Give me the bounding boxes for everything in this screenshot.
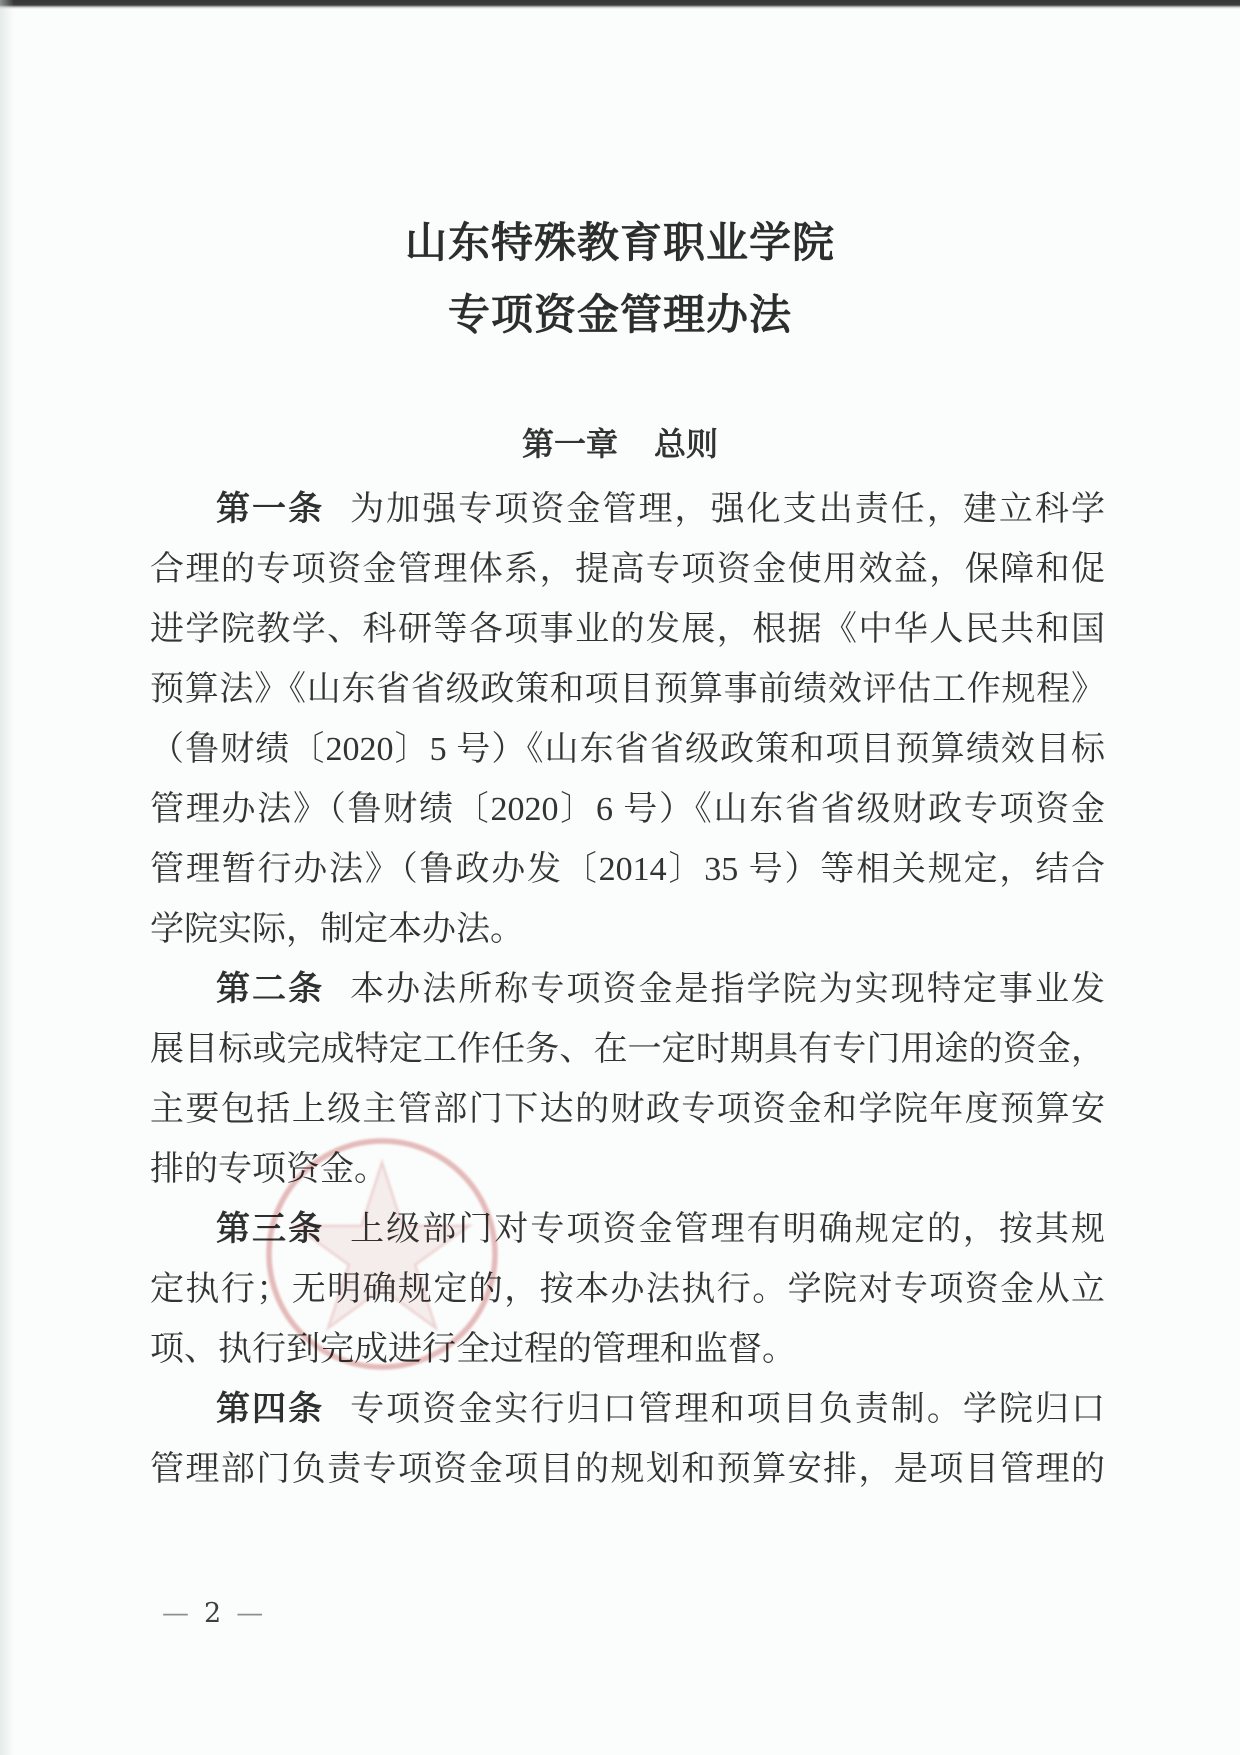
document-title: 山东特殊教育职业学院 专项资金管理办法 (0, 208, 1240, 352)
article-label: 第二条 (216, 971, 324, 1008)
title-line-1: 山东特殊教育职业学院 (0, 208, 1240, 280)
article-label: 第四条 (216, 1391, 324, 1428)
body-line: 第一条为加强专项资金管理，强化支出责任，建立科学 (150, 480, 1105, 540)
body-line: 合理的专项资金管理体系，提高专项资金使用效益，保障和促 (150, 540, 1105, 600)
body-line: 第二条本办法所称专项资金是指学院为实现特定事业发 (150, 960, 1105, 1020)
article-label: 第一条 (216, 491, 324, 528)
body-line-text: 上级部门对专项资金管理有明确规定的，按其规 (350, 1211, 1105, 1248)
document-body: 第一条为加强专项资金管理，强化支出责任，建立科学 合理的专项资金管理体系，提高专… (150, 480, 1105, 1500)
body-line: 学院实际，制定本办法。 (150, 900, 1105, 960)
page-number-value: 2 (204, 1598, 222, 1629)
chapter-number: 第一章 (522, 426, 618, 462)
body-line: 主要包括上级主管部门下达的财政专项资金和学院年度预算安 (150, 1080, 1105, 1140)
body-line: 展目标或完成特定工作任务、在一定时期具有专门用途的资金， (150, 1020, 1105, 1080)
body-line-text: 本办法所称专项资金是指学院为实现特定事业发 (350, 971, 1105, 1008)
body-line: 第四条专项资金实行归口管理和项目负责制。学院归口 (150, 1380, 1105, 1440)
body-line: 管理办法》（鲁财绩〔2020〕6 号）《山东省省级财政专项资金 (150, 780, 1105, 840)
article-label: 第三条 (216, 1211, 324, 1248)
body-line: 第三条上级部门对专项资金管理有明确规定的，按其规 (150, 1200, 1105, 1260)
chapter-title: 总则 (654, 426, 718, 462)
body-line: 排的专项资金。 (150, 1140, 1105, 1200)
body-line: （鲁财绩〔2020〕5 号）《山东省省级政策和项目预算绩效目标 (150, 720, 1105, 780)
page-number-dash-left: — (162, 1598, 190, 1629)
body-line-text: 专项资金实行归口管理和项目负责制。学院归口 (350, 1391, 1105, 1428)
scan-edge-top (0, 0, 1240, 9)
body-line: 进学院教学、科研等各项事业的发展，根据《中华人民共和国 (150, 600, 1105, 660)
scanned-document: { "document": { "title_lines": ["山东特殊教育职… (0, 0, 1240, 1755)
chapter-heading: 第一章总则 (0, 424, 1240, 464)
body-line: 预算法》《山东省省级政策和项目预算事前绩效评估工作规程》 (150, 660, 1105, 720)
body-line-text: 为加强专项资金管理，强化支出责任，建立科学 (350, 491, 1105, 528)
body-line: 管理部门负责专项资金项目的规划和预算安排，是项目管理的 (150, 1440, 1105, 1500)
body-line: 管理暂行办法》（鲁政办发〔2014〕35 号）等相关规定，结合 (150, 840, 1105, 900)
body-line: 定执行；无明确规定的，按本办法执行。学院对专项资金从立 (150, 1260, 1105, 1320)
body-line: 项、执行到完成进行全过程的管理和监督。 (150, 1320, 1105, 1380)
title-line-2: 专项资金管理办法 (0, 280, 1240, 352)
page-number-dash-right: — (236, 1598, 264, 1629)
page-number: —2— (162, 1598, 278, 1629)
